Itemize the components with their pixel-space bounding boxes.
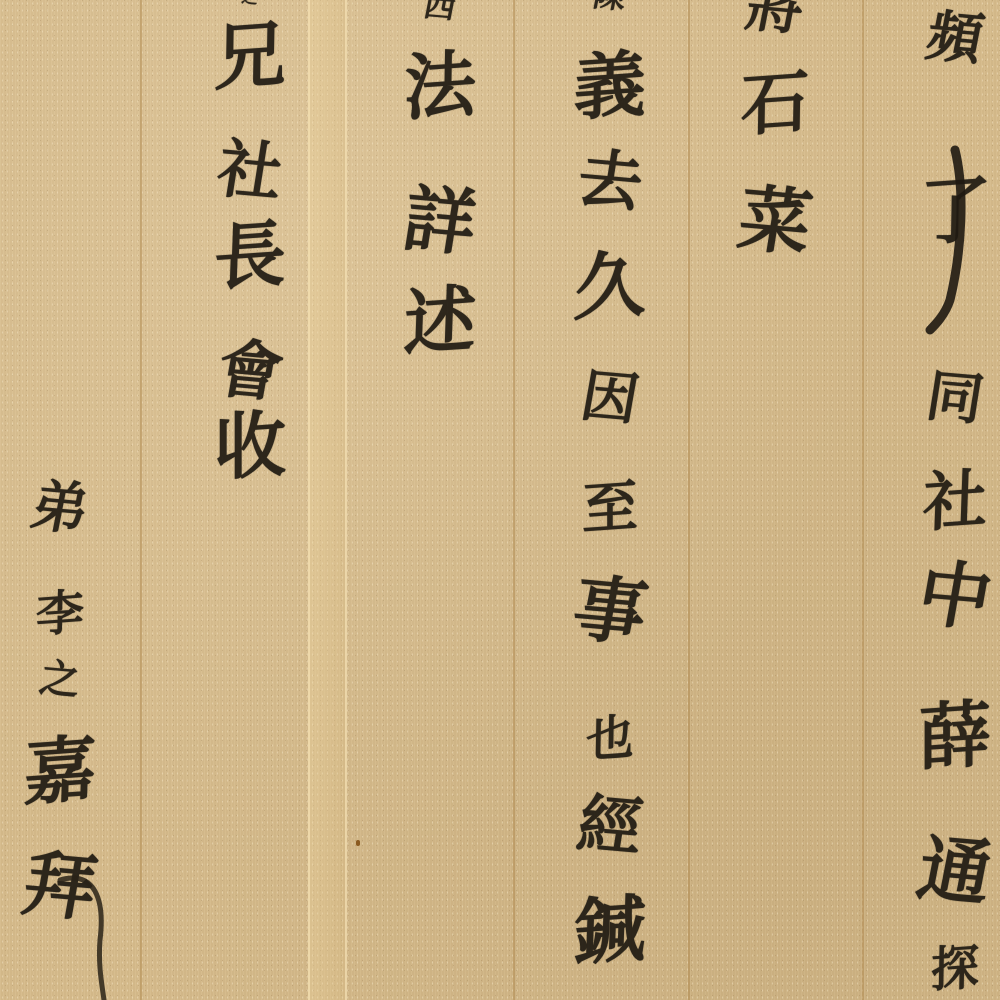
signature-flourish-stroke [0,0,1000,1000]
calligraphy-paper: 頻了同社中薛通探將石菜陳義去久因至事也經鍼西法詳述之兄社長會收弟李之嘉拜 [0,0,1000,1000]
